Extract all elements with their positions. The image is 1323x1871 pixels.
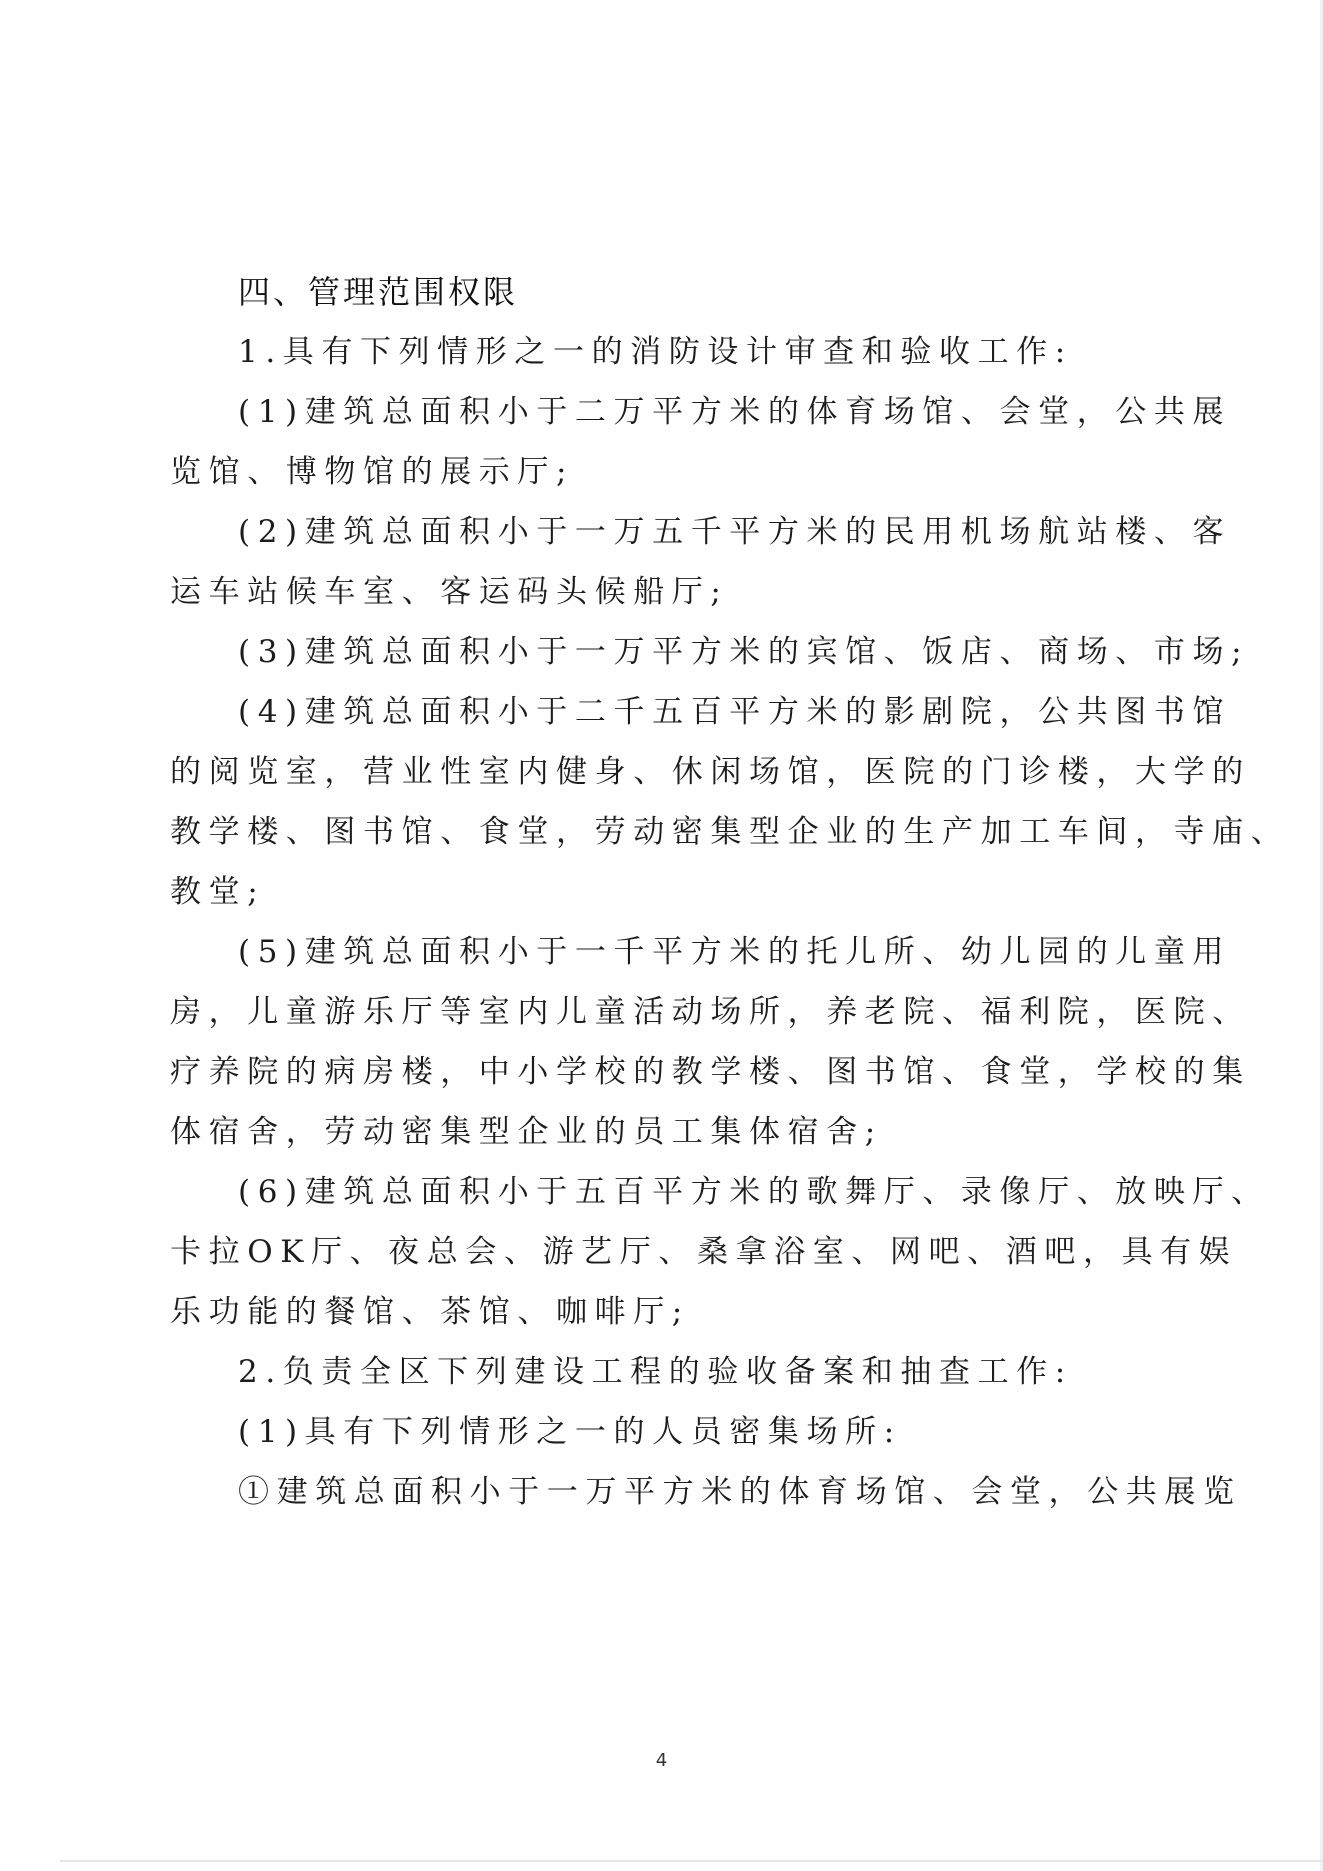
text-line: (5)建筑总面积小于一千平方米的托儿所、幼儿园的儿童用 <box>170 922 1150 982</box>
text-line: (3)建筑总面积小于一万平方米的宾馆、饭店、商场、市场; <box>170 622 1150 682</box>
text-line: 卡拉OK厅、夜总会、游艺厅、桑拿浴室、网吧、酒吧，具有娱 <box>170 1222 1150 1282</box>
text-line: 乐功能的餐馆、茶馆、咖啡厅; <box>170 1282 1150 1342</box>
text-line: (1)具有下列情形之一的人员密集场所: <box>170 1402 1150 1462</box>
document-page: 四、管理范围权限 1.具有下列情形之一的消防设计审查和验收工作:(1)建筑总面积… <box>0 0 1323 1871</box>
text-line: 疗养院的病房楼，中小学校的教学楼、图书馆、食堂，学校的集 <box>170 1042 1150 1102</box>
text-line: 房，儿童游乐厅等室内儿童活动场所，养老院、福利院，医院、 <box>170 982 1150 1042</box>
page-number: 4 <box>0 1750 1323 1771</box>
text-line: 的阅览室，营业性室内健身、休闲场馆，医院的门诊楼，大学的 <box>170 742 1150 802</box>
text-line: 1.具有下列情形之一的消防设计审查和验收工作: <box>170 322 1150 382</box>
text-line: (6)建筑总面积小于五百平方米的歌舞厅、录像厅、放映厅、 <box>170 1162 1150 1222</box>
text-line: ①建筑总面积小于一万平方米的体育场馆、会堂，公共展览 <box>170 1462 1150 1522</box>
text-line: (1)建筑总面积小于二万平方米的体育场馆、会堂，公共展 <box>170 382 1150 442</box>
text-line: 教学楼、图书馆、食堂，劳动密集型企业的生产加工车间，寺庙、 <box>170 802 1150 862</box>
text-line: 2.负责全区下列建设工程的验收备案和抽查工作: <box>170 1342 1150 1402</box>
scan-edge-bottom <box>60 1860 1323 1862</box>
text-line: (4)建筑总面积小于二千五百平方米的影剧院，公共图书馆 <box>170 682 1150 742</box>
text-line: 览馆、博物馆的展示厅; <box>170 442 1150 502</box>
text-line: 体宿舍，劳动密集型企业的员工集体宿舍; <box>170 1102 1150 1162</box>
text-line: 教堂; <box>170 862 1150 922</box>
text-line: 运车站候车室、客运码头候船厅; <box>170 562 1150 622</box>
section-heading: 四、管理范围权限 <box>170 262 1150 322</box>
document-body: 四、管理范围权限 1.具有下列情形之一的消防设计审查和验收工作:(1)建筑总面积… <box>170 262 1150 1522</box>
text-line: (2)建筑总面积小于一万五千平方米的民用机场航站楼、客 <box>170 502 1150 562</box>
paragraph-lines: 1.具有下列情形之一的消防设计审查和验收工作:(1)建筑总面积小于二万平方米的体… <box>170 322 1150 1522</box>
